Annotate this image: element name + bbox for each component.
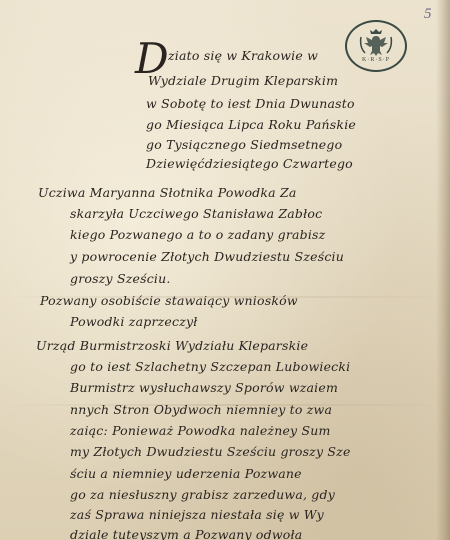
text-line: y powrocenie Złotych Dwudziestu Sześciu: [70, 249, 344, 264]
text-line: skarzyła Uczciwego Stanisława Zabłoc: [70, 206, 322, 221]
text-line: ściu a niemniey uderzenia Pozwane: [70, 466, 302, 481]
eagle-crest-icon: [359, 29, 393, 59]
text-line: w Sobotę to iest Dnia Dwunasto: [146, 96, 355, 111]
text-line: my Złotych Dwudziestu Sześciu groszy Sze: [70, 444, 351, 459]
official-stamp: K·R·S·P: [345, 20, 407, 72]
text-line: go Tysiącznego Siedmsetnego: [146, 137, 342, 152]
text-line: go za niesłuszny grabisz zarzeduwa, gdy: [70, 487, 335, 502]
text-line: zaiąc: Ponieważ Powodka należney Sum: [70, 423, 331, 438]
text-line: go to iest Szlachetny Szczepan Lubowieck…: [70, 359, 350, 374]
page-number: 5: [424, 6, 432, 23]
text-line: Urząd Burmistrzoski Wydziału Kleparskie: [36, 338, 308, 353]
text-line: Powodki zaprzeczył: [70, 314, 198, 329]
text-line: ziato się w Krakowie w: [168, 48, 318, 63]
text-line: nnych Stron Obydwoch niemniey to zwa: [70, 402, 332, 417]
text-line: kiego Pozwanego a to o zadany grabisz: [70, 227, 325, 242]
text-line: dziale tuteyszym a Pozwany odwoła: [70, 527, 302, 540]
text-line: go Miesiąca Lipca Roku Pańskie: [146, 117, 356, 132]
stamp-label: K·R·S·P: [362, 57, 390, 63]
text-line: groszy Sześciu.: [70, 271, 171, 286]
text-line: Pozwany osobiście stawaiący wniosków: [40, 293, 298, 308]
text-line: zaś Sprawa niniejsza niestała się w Wy: [70, 507, 324, 522]
text-line: Burmistrz wysłuchawszy Sporów wzaiem: [70, 380, 338, 395]
page-edge-shadow: [436, 0, 450, 540]
text-line: Dziewięćdziesiątego Czwartego: [146, 156, 353, 171]
text-line: Wydziale Drugim Kleparskim: [148, 73, 338, 88]
text-line: Ucziwa Maryanna Słotnika Powodka Za: [38, 185, 297, 200]
